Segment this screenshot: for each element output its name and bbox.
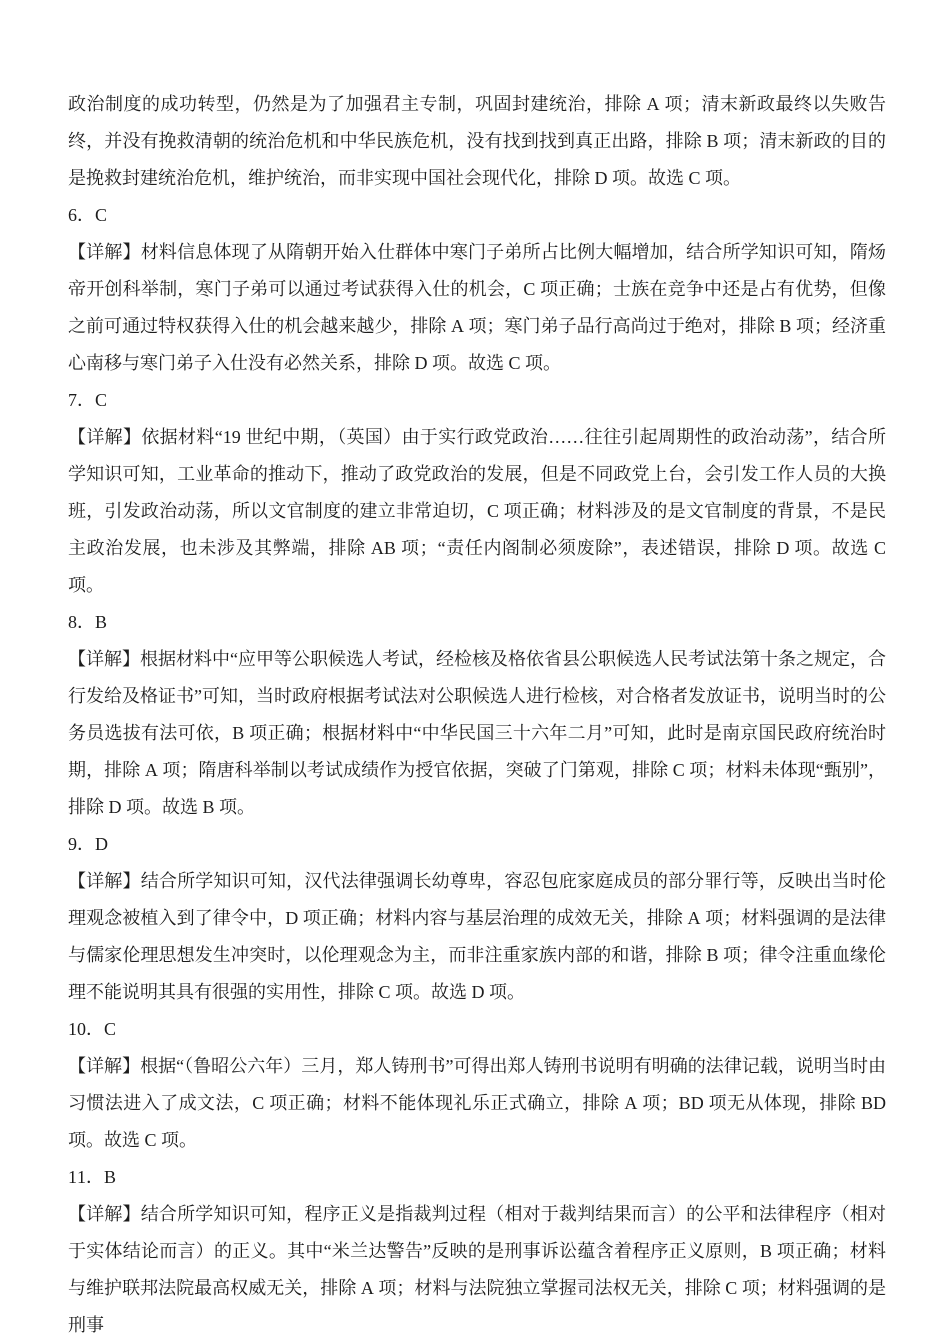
explanation-q7: 【详解】依据材料“19 世纪中期，（英国）由于实行政党政治……往往引起周期性的政… xyxy=(68,419,886,604)
answer-line-q7: 7．C xyxy=(68,382,886,419)
explanation-q5-continued: 政治制度的成功转型，仍然是为了加强君主专制，巩固封建统治，排除 A 项；清末新政… xyxy=(68,86,886,197)
explanation-q10: 【详解】根据“（鲁昭公六年）三月，郑人铸刑书”可得出郑人铸刑书说明有明确的法律记… xyxy=(68,1048,886,1159)
answer-line-q6: 6．C xyxy=(68,197,886,234)
explanation-q6: 【详解】材料信息体现了从隋朝开始入仕群体中寒门子弟所占比例大幅增加，结合所学知识… xyxy=(68,234,886,382)
answer-line-q11: 11．B xyxy=(68,1159,886,1196)
answer-line-q9: 9．D xyxy=(68,826,886,863)
answer-line-q8: 8．B xyxy=(68,604,886,641)
document-page: 政治制度的成功转型，仍然是为了加强君主专制，巩固封建统治，排除 A 项；清末新政… xyxy=(0,0,950,1344)
explanation-q11: 【详解】结合所学知识可知，程序正义是指裁判过程（相对于裁判结果而言）的公平和法律… xyxy=(68,1196,886,1344)
answer-line-q10: 10．C xyxy=(68,1011,886,1048)
explanation-q8: 【详解】根据材料中“应甲等公职候选人考试，经检核及格依省县公职候选人民考试法第十… xyxy=(68,641,886,826)
explanation-q9: 【详解】结合所学知识可知，汉代法律强调长幼尊卑，容忍包庇家庭成员的部分罪行等，反… xyxy=(68,863,886,1011)
